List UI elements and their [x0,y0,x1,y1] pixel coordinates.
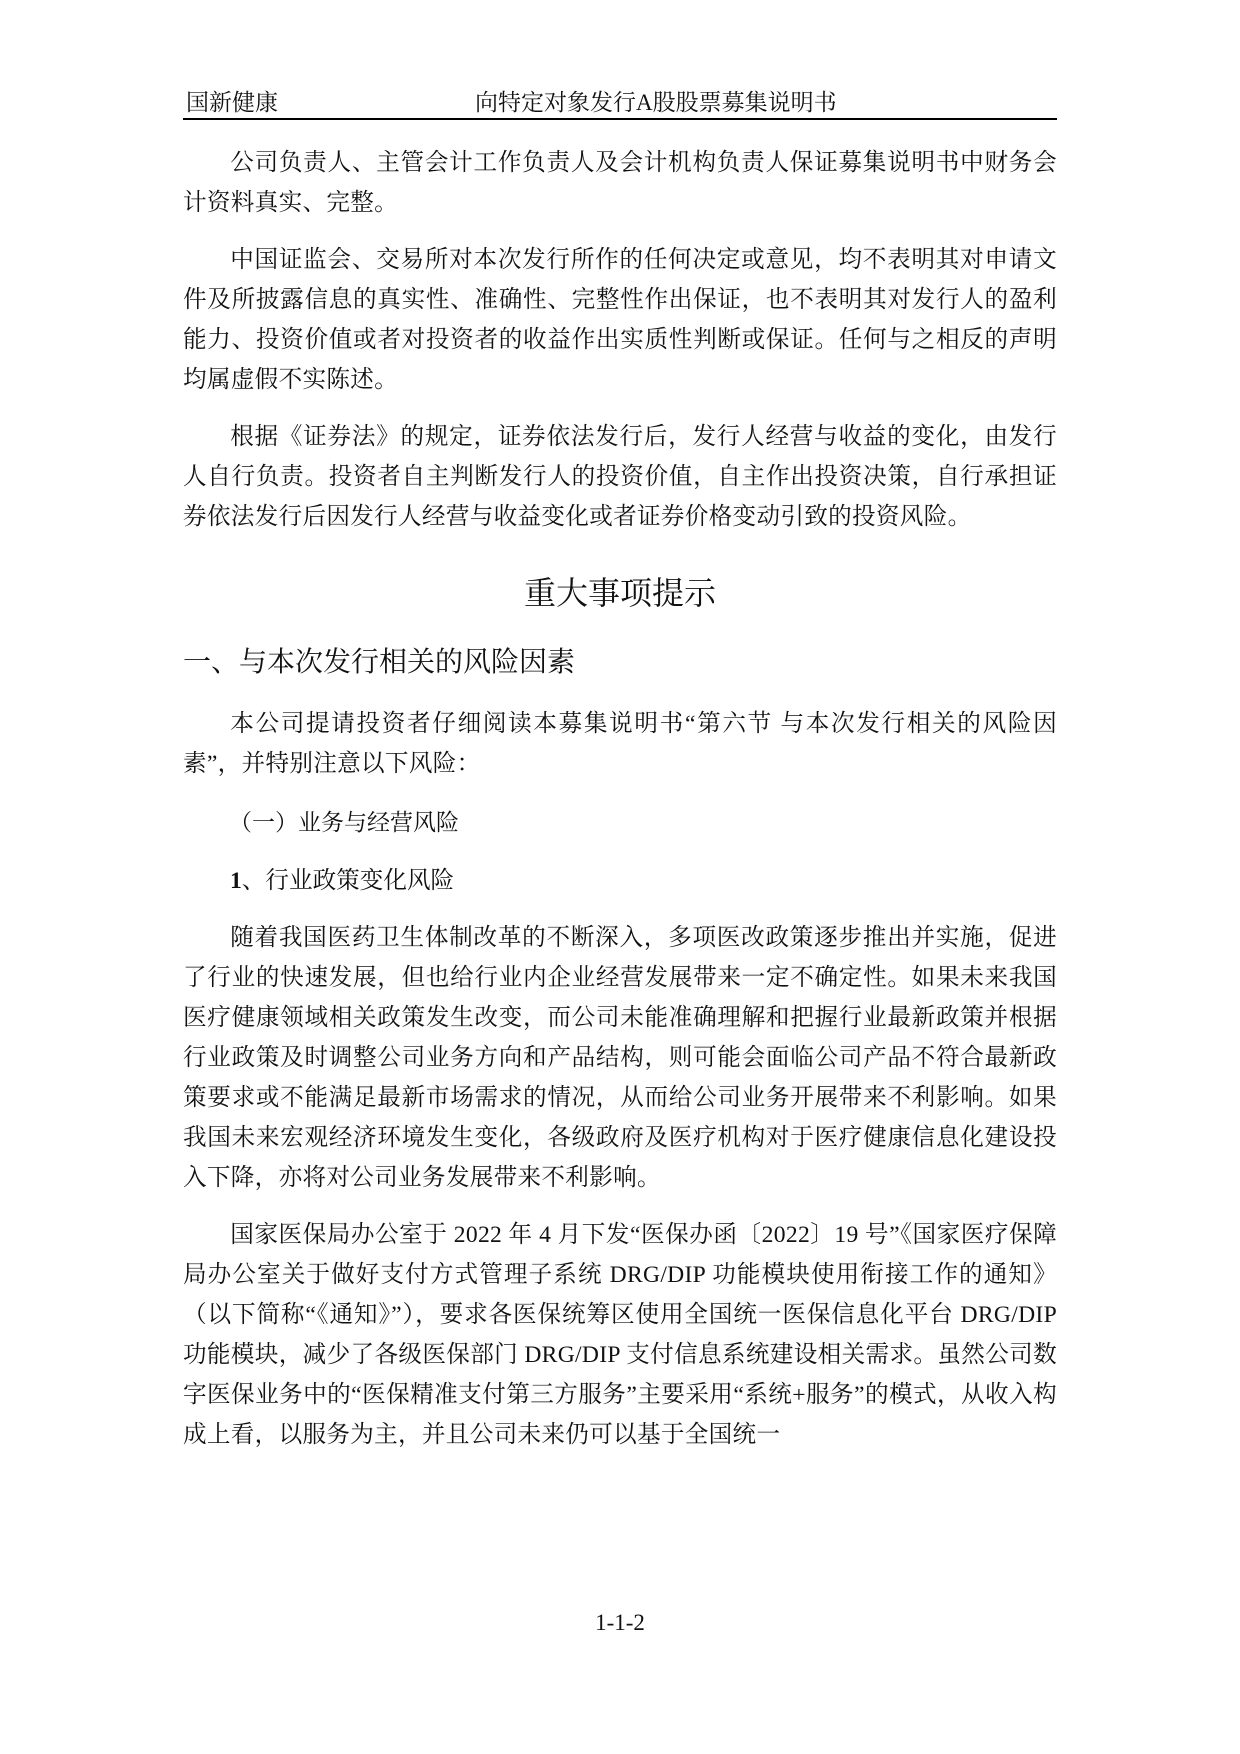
item-number: 1 [230,868,242,894]
paragraph-risk-intro: 本公司提请投资者仔细阅读本募集说明书“第六节 与本次发行相关的风险因素”，并特别… [183,704,1057,784]
main-title: 重大事项提示 [183,567,1057,619]
header-document-title: 向特定对象发行A股股票募集说明书 [475,88,837,118]
paragraph-policy-risk: 随着我国医药卫生体制改革的不断深入，多项医改政策逐步推出并实施，促进了行业的快速… [183,918,1057,1198]
page-header: 国新健康 向特定对象发行A股股票募集说明书 [183,88,1057,120]
subsection-heading-business-risk: （一）业务与经营风险 [229,801,1057,845]
item-title: 、行业政策变化风险 [242,868,454,894]
paragraph-regulator-disclaimer: 中国证监会、交易所对本次发行所作的任何决定或意见，均不表明其对申请文件及所披露信… [183,240,1057,400]
item-heading-policy-risk: 1、行业政策变化风险 [230,861,1057,901]
header-company-name: 国新健康 [186,88,278,118]
paragraph-securities-law: 根据《证券法》的规定，证券依法发行后，发行人经营与收益的变化，由发行人自行负责。… [183,417,1057,537]
section-heading-risk-factors: 一、与本次发行相关的风险因素 [183,637,1057,687]
paragraph-drg-dip-notice: 国家医保局办公室于 2022 年 4 月下发“医保办函〔2022〕19 号”《国… [183,1215,1057,1455]
paragraph-financial-guarantee: 公司负责人、主管会计工作负责人及会计机构负责人保证募集说明书中财务会计资料真实、… [183,143,1057,223]
page-number: 1-1-2 [0,1610,1240,1636]
page-content: 公司负责人、主管会计工作负责人及会计机构负责人保证募集说明书中财务会计资料真实、… [183,143,1057,1472]
